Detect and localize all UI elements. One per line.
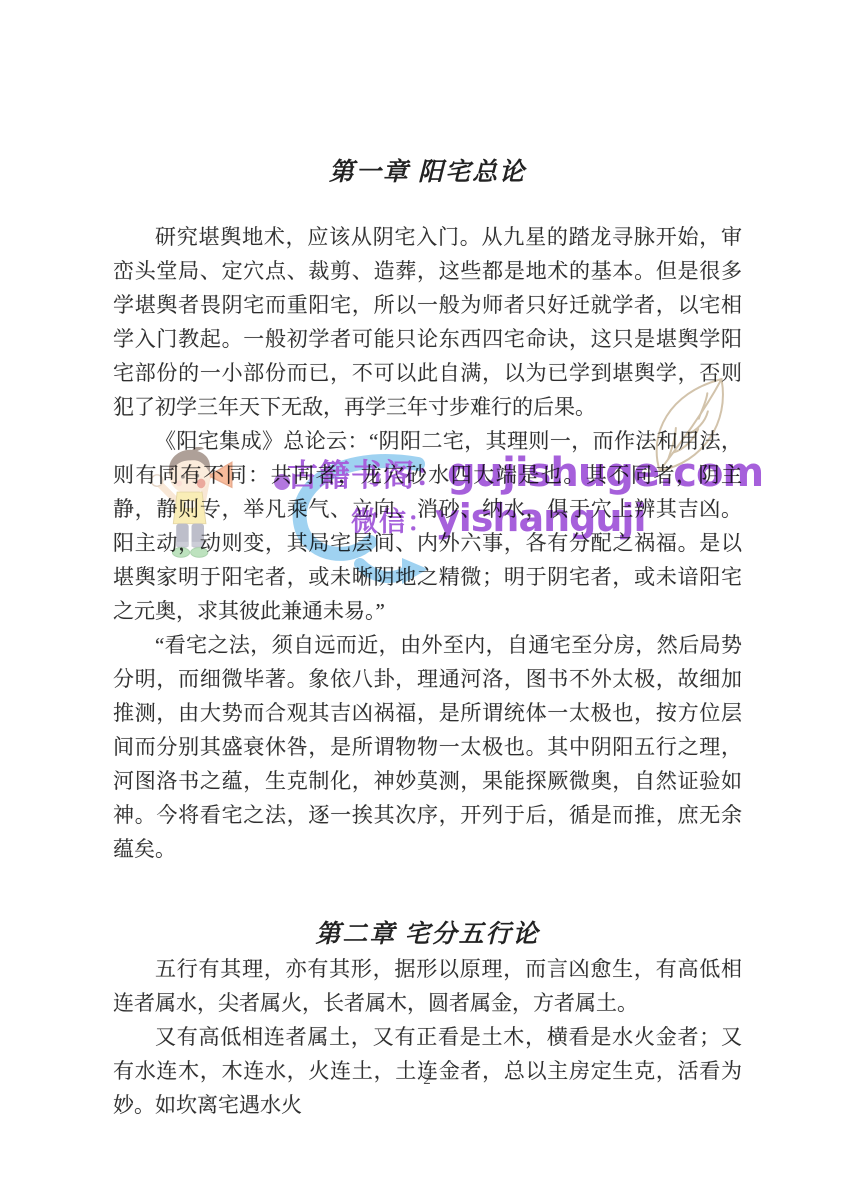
chapter-2-paragraph-1: 五行有其理，亦有其形，据形以原理，而言凶愈生，有高低相连者属水，尖者属火，长者属… bbox=[113, 952, 742, 1020]
chapter-2-paragraph-2: 又有高低相连者属土，又有正看是土木，横看是水火金者；又有水连木，木连水，火连土，… bbox=[113, 1020, 742, 1122]
chapter-1-paragraph-1: 研究堪舆地术，应该从阴宅入门。从九星的踏龙寻脉开始，审峦头堂局、定穴点、裁剪、造… bbox=[113, 220, 742, 424]
page-number: 2 bbox=[0, 1072, 854, 1089]
chapter-1-paragraph-2: 《阳宅集成》总论云：“阴阳二宅，其理则一，而作法和用法，则有同有不同：共同者，龙… bbox=[113, 424, 742, 628]
document-page: 第一章 阳宅总论 研究堪舆地术，应该从阴宅入门。从九星的踏龙寻脉开始，审峦头堂局… bbox=[0, 0, 854, 1200]
chapter-1-paragraph-3: “看宅之法，须自远而近，由外至内，自通宅至分房，然后局势分明，而细微毕著。象依八… bbox=[113, 628, 742, 866]
chapter-1-title: 第一章 阳宅总论 bbox=[113, 156, 742, 190]
chapter-2-title: 第二章 宅分五行论 bbox=[113, 918, 742, 952]
page-content: 第一章 阳宅总论 研究堪舆地术，应该从阴宅入门。从九星的踏龙寻脉开始，审峦头堂局… bbox=[113, 0, 742, 1122]
